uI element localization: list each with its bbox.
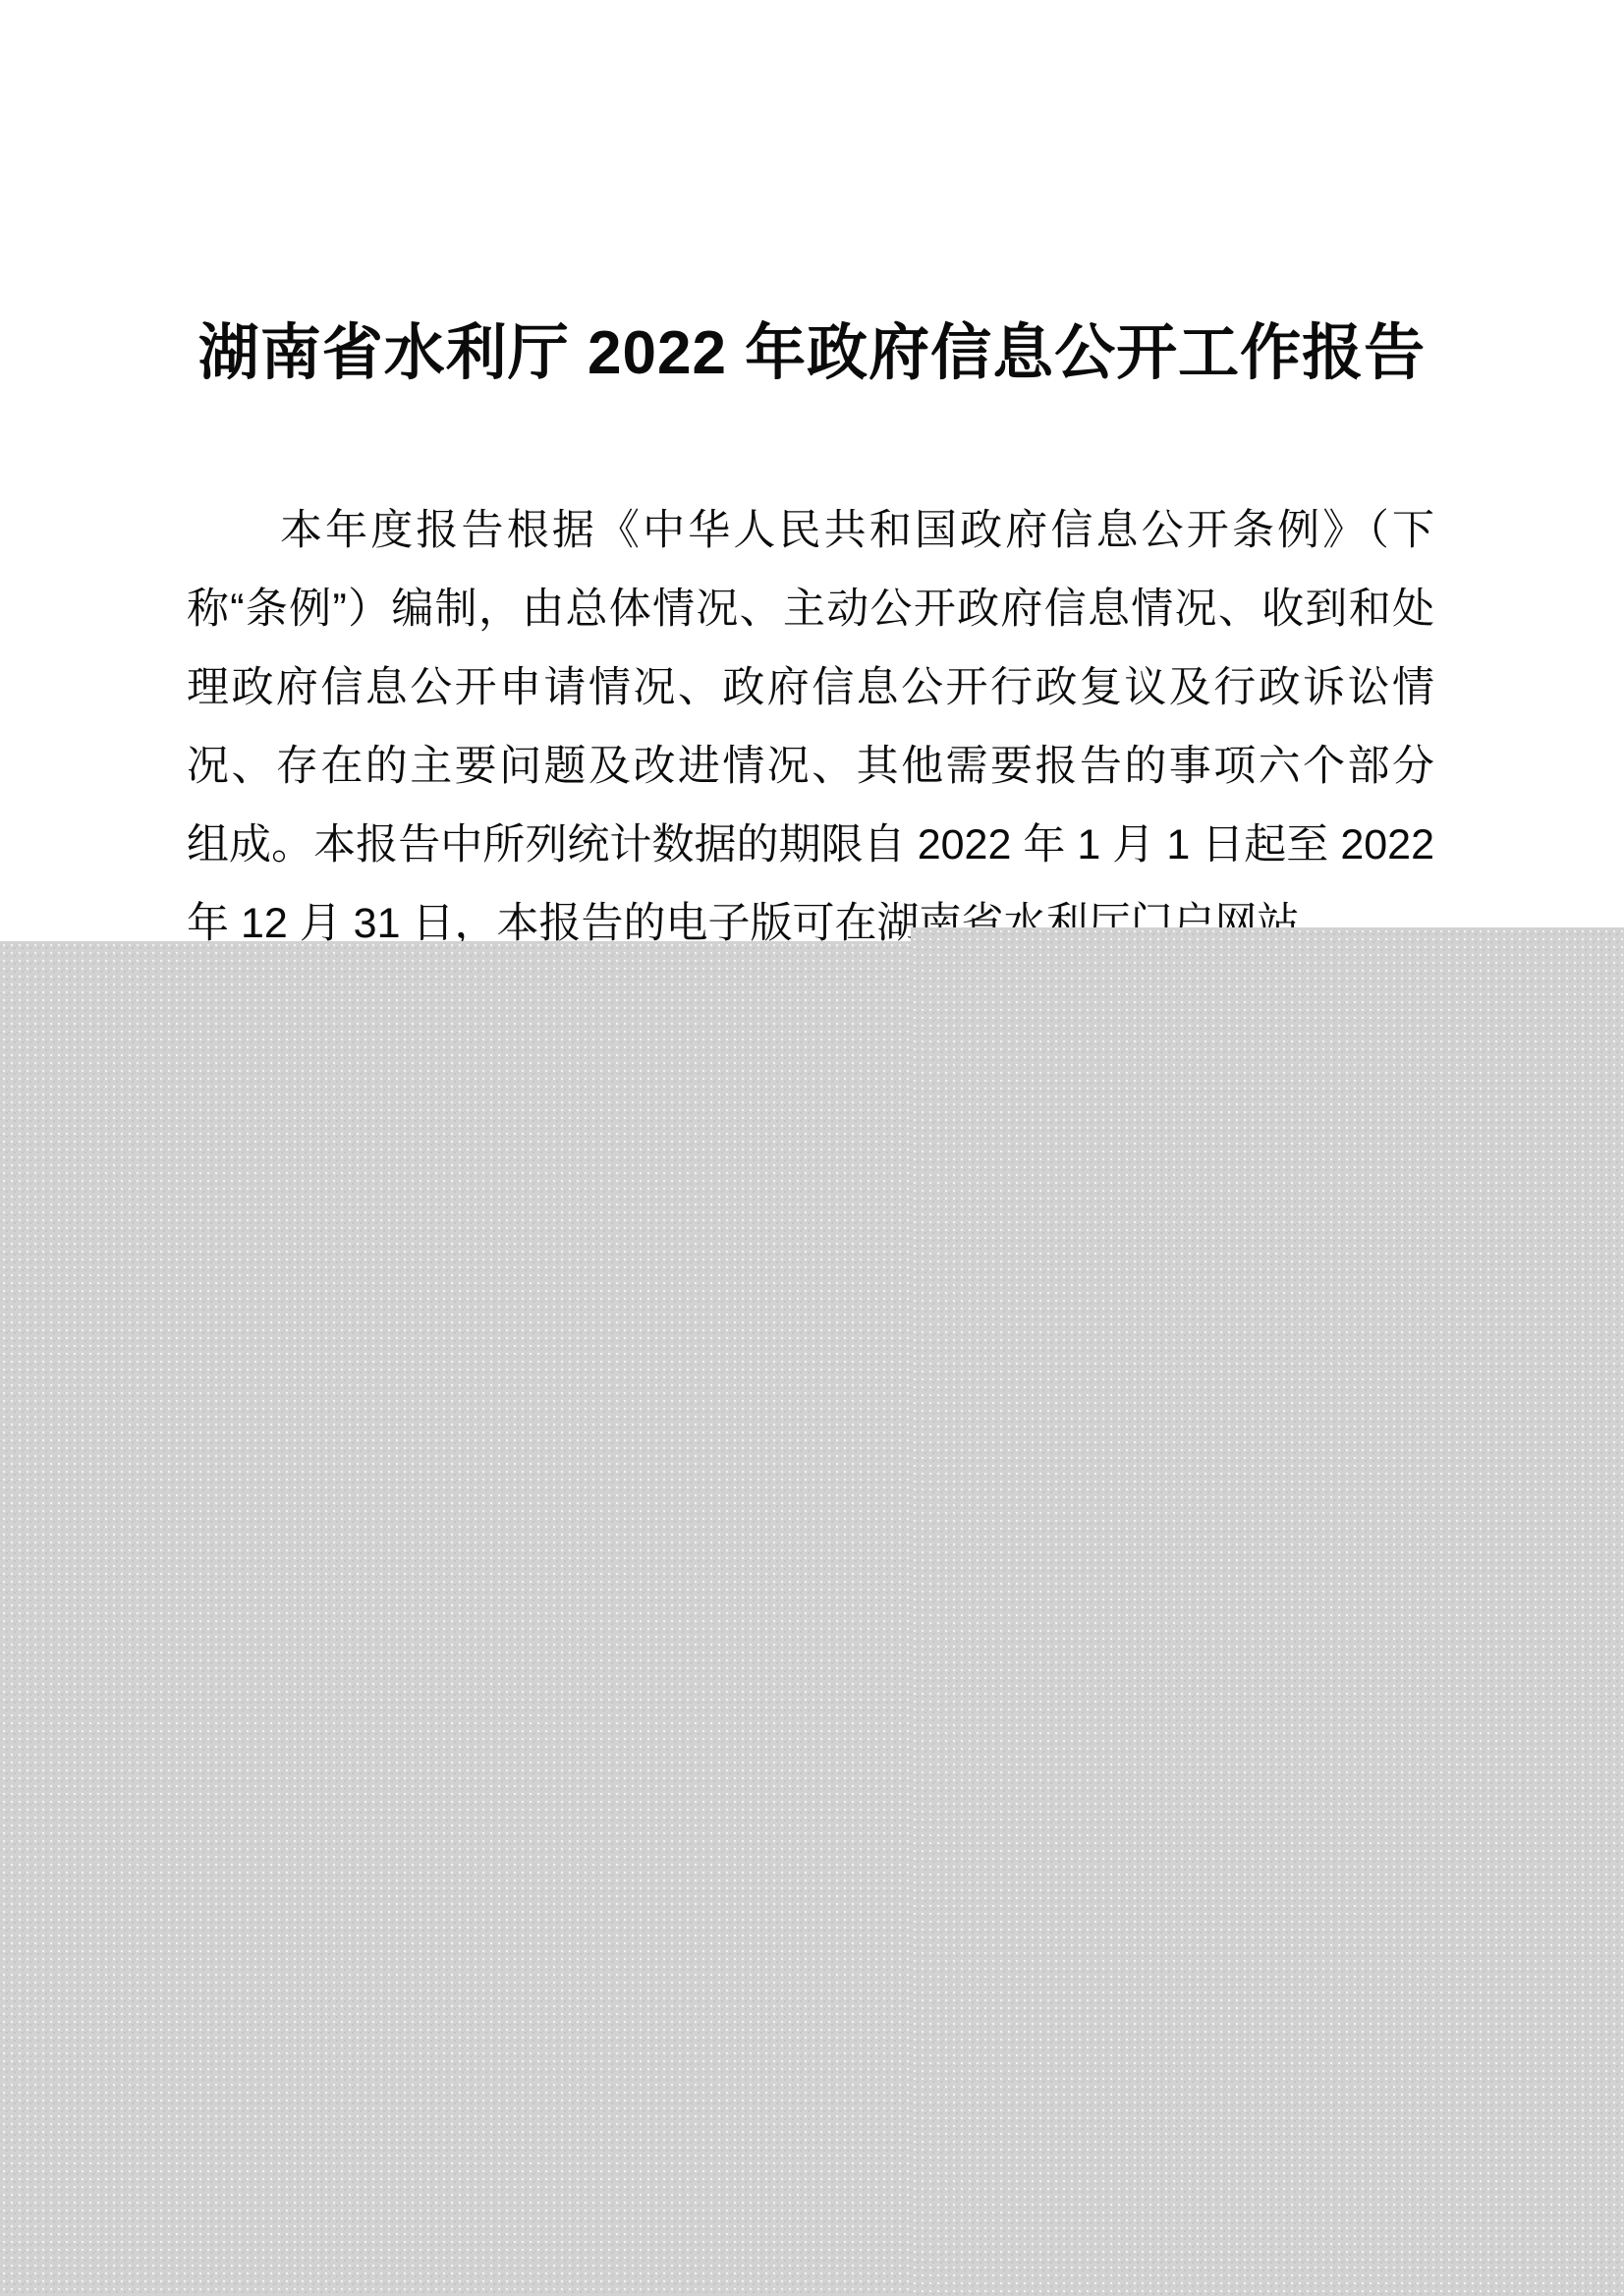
paragraph-line: 本年度报告根据《中华人民共和国政府信息公开条例》（下 bbox=[187, 491, 1434, 570]
paragraph-line: 况、存在的主要问题及改进情况、其他需要报告的事项六个部分 bbox=[187, 727, 1434, 806]
paragraph-line: 组成。本报告中所列统计数据的期限自 2022 年 1 月 1 日起至 2022 bbox=[187, 806, 1434, 884]
unloaded-content-placeholder-right bbox=[911, 927, 1624, 2296]
unloaded-content-placeholder-left bbox=[0, 941, 911, 2296]
paragraph-line: 称“条例”）编制，由总体情况、主动公开政府信息情况、收到和处 bbox=[187, 570, 1434, 648]
document-page: 湖南省水利厅 2022 年政府信息公开工作报告 本年度报告根据《中华人民共和国政… bbox=[0, 0, 1624, 2296]
page-title: 湖南省水利厅 2022 年政府信息公开工作报告 bbox=[0, 312, 1624, 395]
paragraph-line: 理政府信息公开申请情况、政府信息公开行政复议及行政诉讼情 bbox=[187, 648, 1434, 727]
report-intro-paragraph: 本年度报告根据《中华人民共和国政府信息公开条例》（下 称“条例”）编制，由总体情… bbox=[187, 491, 1434, 963]
